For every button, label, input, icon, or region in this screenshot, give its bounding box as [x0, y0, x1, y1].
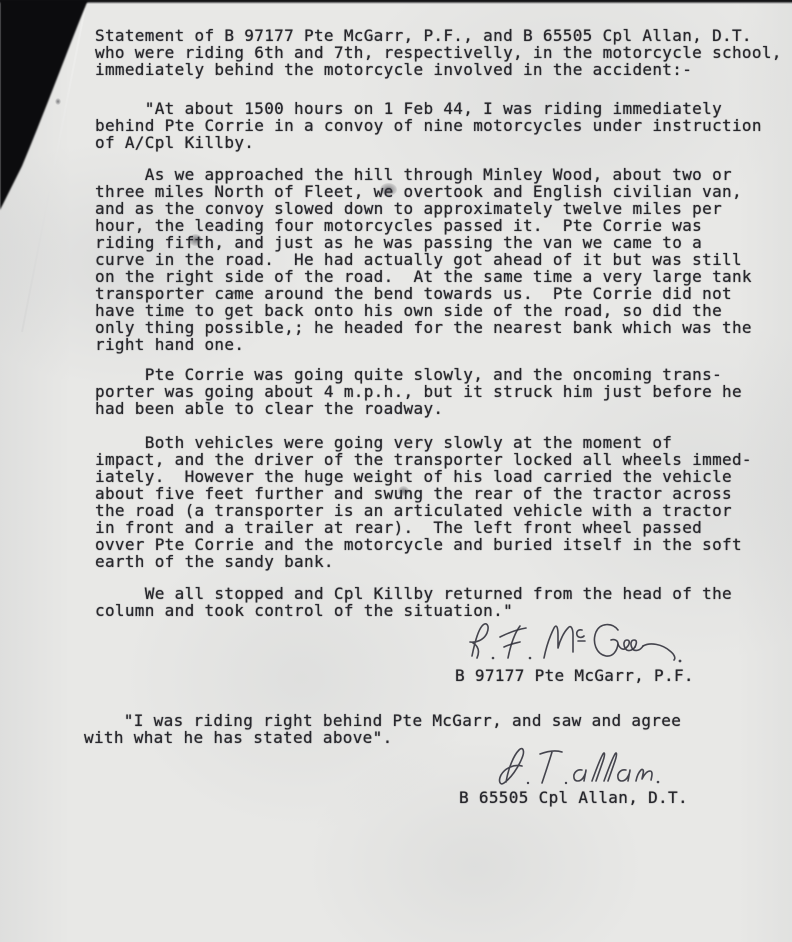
paragraph-statement-header: Statement of B 97177 Pte McGarr, P.F., a…	[95, 27, 782, 78]
paragraph-opening: "At about 1500 hours on 1 Feb 44, I was …	[95, 100, 762, 151]
mcgarr-handwritten-signature	[462, 620, 687, 666]
paragraph-approach: As we approached the hill through Minley…	[95, 166, 752, 353]
scanned-document-page: Statement of B 97177 Pte McGarr, P.F., a…	[0, 0, 792, 942]
scan-corner-shadow	[0, 0, 120, 220]
paragraph-impact: Both vehicles were going very slowly at …	[95, 434, 752, 570]
allan-typed-name: B 65505 Cpl Allan, D.T.	[459, 789, 688, 806]
ink-speck	[232, 290, 236, 295]
paragraph-allan-statement: "I was riding right behind Pte McGarr, a…	[84, 712, 681, 746]
ink-smudge	[398, 486, 409, 496]
ink-smudge	[189, 234, 202, 246]
ink-smudge	[380, 183, 397, 196]
mcgarr-typed-name: B 97177 Pte McGarr, P.F.	[455, 667, 694, 684]
paragraph-aftermath: We all stopped and Cpl Killby returned f…	[95, 585, 732, 619]
allan-handwritten-signature	[488, 746, 668, 788]
paragraph-collision: Pte Corrie was going quite slowly, and t…	[95, 366, 742, 417]
